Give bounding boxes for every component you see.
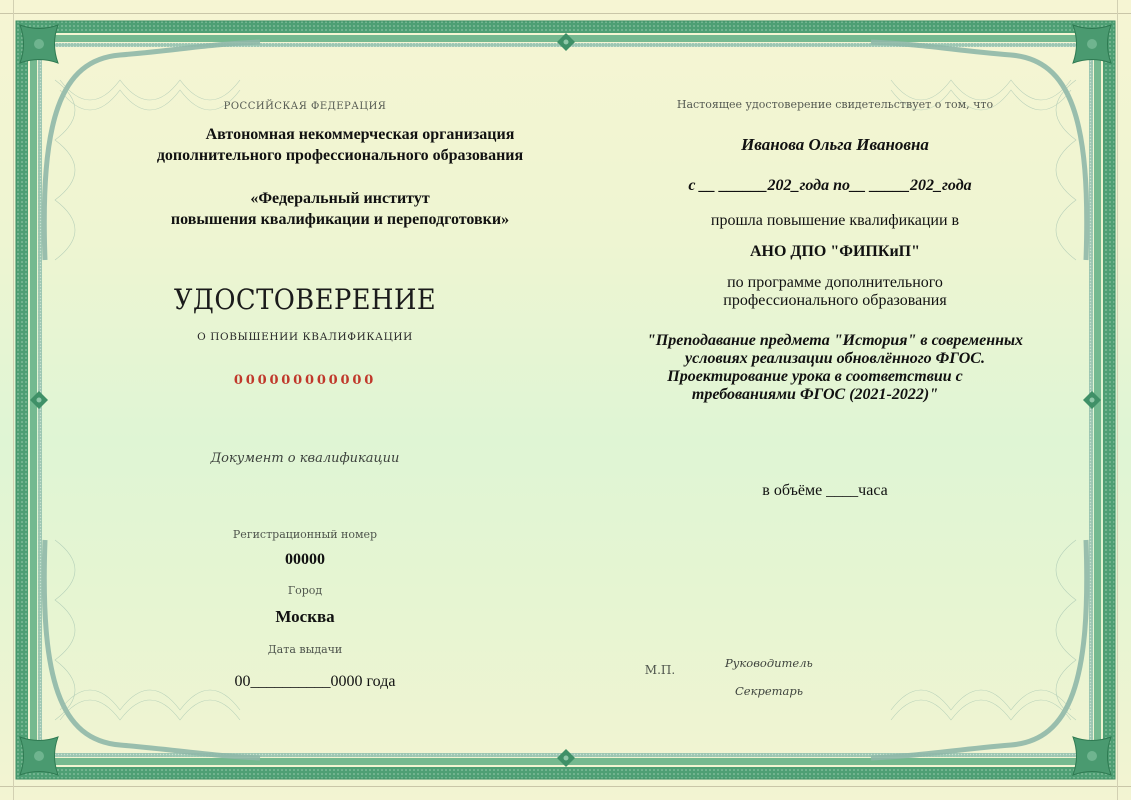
secretary-signature-label: Секретарь [735, 684, 835, 698]
org-name-line1: Автономная некоммерческая организация [90, 125, 630, 144]
city-value: Москва [150, 607, 460, 627]
intro-text: Настоящее удостоверение свидетельствует … [620, 98, 1050, 111]
program-type-line2: профессионального образования [620, 292, 1050, 310]
program-type-line1: по программе дополнительного [620, 274, 1050, 292]
country-label: РОССИЙСКАЯ ФЕДЕРАЦИЯ [150, 101, 460, 112]
document-type-label: Документ о квалификации [150, 451, 460, 466]
issue-date-value: 00__________0000 года [150, 673, 480, 691]
course-title-line3: Проектирование урока в соответствии с [600, 368, 1030, 386]
serial-number: 000000000000 [150, 373, 460, 388]
registration-number-value: 00000 [150, 551, 460, 569]
course-title-line4: требованиями ФГОС (2021-2022)" [600, 386, 1030, 404]
head-signature-label: Руководитель [725, 656, 835, 670]
issue-date-label: Дата выдачи [150, 643, 460, 656]
organization-short-name: АНО ДПО "ФИПКиП" [620, 243, 1050, 261]
institute-name-line1: «Федеральный институт [90, 189, 590, 208]
document-title: УДОСТОВЕРЕНИЕ [153, 283, 457, 316]
course-title-line2: условиях реализации обновлённого ФГОС. [600, 350, 1070, 368]
registration-number-label: Регистрационный номер [150, 528, 460, 541]
hours-volume: в объёме ____часа [620, 482, 1030, 500]
org-name-line2: дополнительного профессионального образо… [90, 146, 590, 165]
completed-text: прошла повышение квалификации в [620, 212, 1050, 230]
document-subtitle: О ПОВЫШЕНИИ КВАЛИФИКАЦИИ [140, 331, 470, 343]
city-label: Город [150, 584, 460, 597]
institute-name-line2: повышения квалификации и переподготовки» [90, 210, 590, 229]
stamp-place-label: М.П. [630, 663, 690, 677]
course-title-line1: "Преподавание предмета "История" в совре… [590, 332, 1080, 350]
training-period: с __ ______202_года по__ _____202_года [600, 177, 1060, 195]
recipient-name: Иванова Ольга Ивановна [620, 135, 1050, 155]
